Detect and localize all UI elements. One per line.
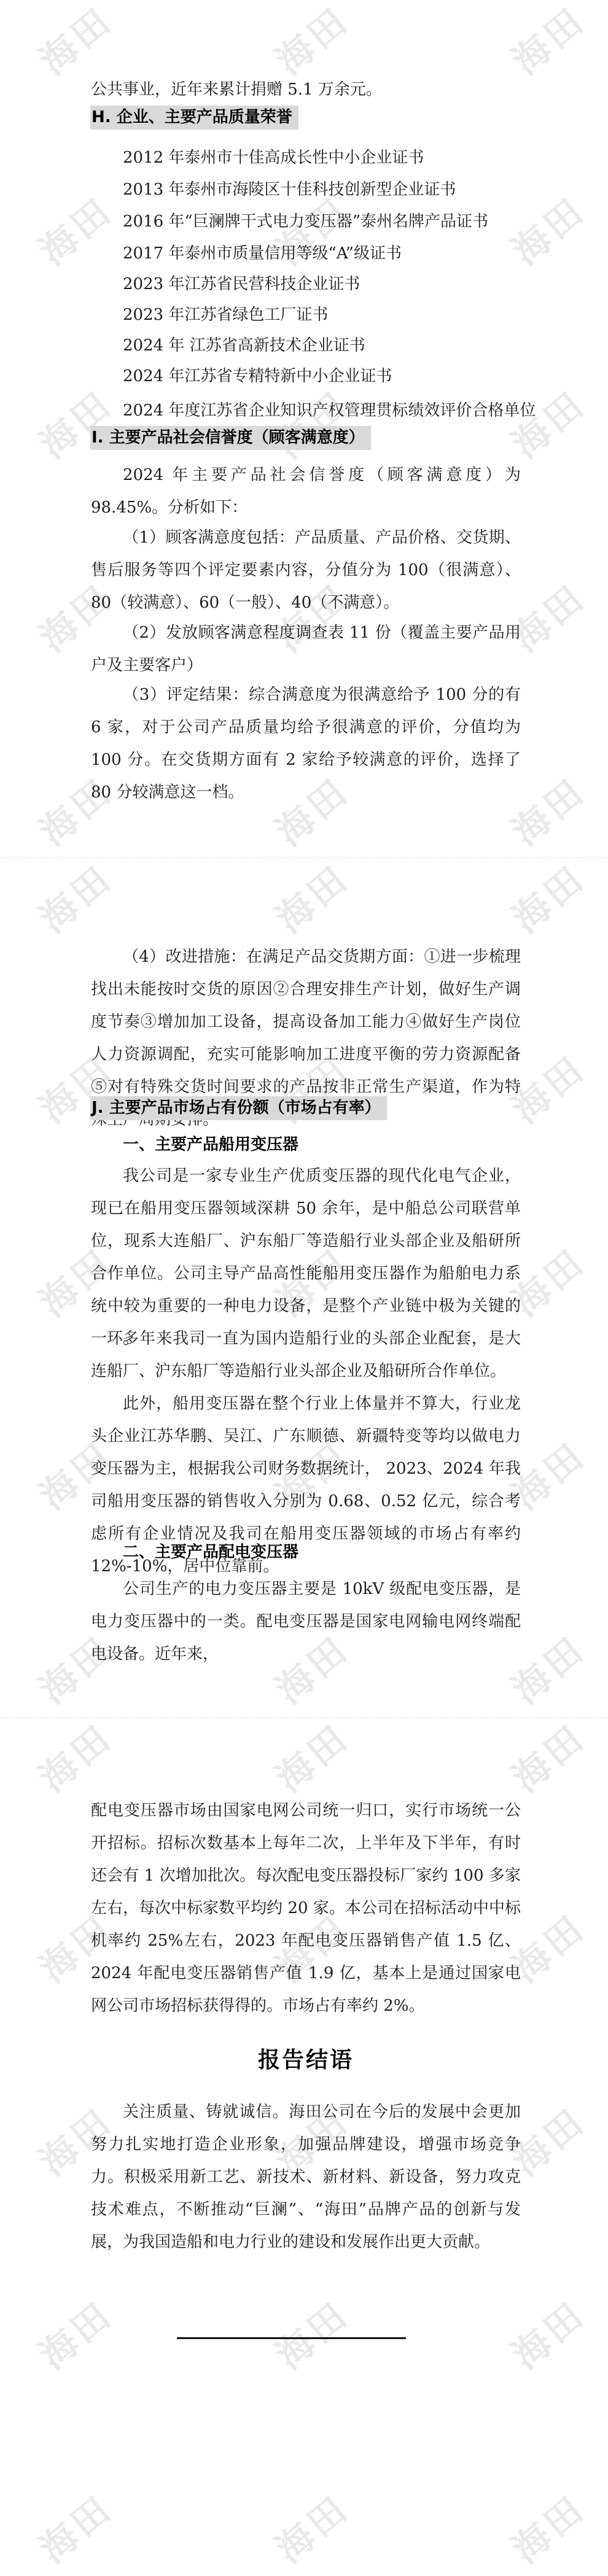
honor-item-2023-minying: 2023 年江苏省民营科技企业证书 bbox=[123, 274, 360, 295]
honor-item-2024-hightech: 2024 年 江苏省高新技术企业证书 bbox=[123, 335, 365, 356]
honor-item-2023-green: 2023 年江苏省绿色工厂证书 bbox=[123, 304, 328, 325]
reputation-overview-paragraph: 2024 年主要产品社会信誉度（顾客满意度）为 98.45%。分析如下： bbox=[91, 459, 521, 524]
reputation-item1-paragraph: （1）顾客满意度包括：产品质量、产品价格、交货期、售后服务等四个评定要素内容，分… bbox=[91, 522, 521, 619]
watermark: 海田 bbox=[26, 2481, 122, 2574]
watermark: 海田 bbox=[263, 0, 359, 85]
watermark: 海田 bbox=[26, 2287, 122, 2380]
subheading-distribution-transformer: 二、主要产品配电变压器 bbox=[123, 1542, 298, 1563]
reputation-item2-paragraph: （2）发放顾客满意程度调查表 11 份（覆盖主要产品用户及主要客户） bbox=[91, 617, 521, 682]
report-conclusion-heading: 报告结语 bbox=[91, 2043, 521, 2074]
closing-rule bbox=[177, 2337, 406, 2339]
watermark: 海田 bbox=[26, 183, 122, 276]
watermark: 海田 bbox=[263, 1710, 359, 1803]
section-heading-i-reputation: I. 主要产品社会信誉度（顾客满意度） bbox=[90, 426, 371, 450]
honor-item-2024-sme: 2024 年江苏省专精特新中小企业证书 bbox=[123, 366, 392, 387]
subheading-marine-transformer: 一、主要产品船用变压器 bbox=[123, 1134, 298, 1155]
watermark: 海田 bbox=[26, 851, 122, 943]
donation-paragraph-tail: 公共事业，近年来累计捐赠 5.1 万余元。 bbox=[91, 74, 521, 106]
conclusion-paragraph: 关注质量、铸就诚信。海田公司在今后的发展中会更加努力扎实地打造企业形象，加强品牌… bbox=[91, 2096, 521, 2259]
watermark: 海田 bbox=[499, 2481, 595, 2574]
honor-item-2024-ip: 2024 年度江苏省企业知识产权管理贯标绩效评价合格单位 bbox=[123, 400, 536, 421]
section-heading-j-market-share: J. 主要产品市场占有份额（市场占有率） bbox=[90, 1096, 387, 1120]
watermark: 海田 bbox=[26, 376, 122, 469]
section-heading-h-quality-honors: H. 企业、主要产品质量荣誉 bbox=[90, 106, 298, 130]
watermark: 海田 bbox=[263, 2481, 359, 2574]
distribution-paragraph-1: 公司生产的电力变压器主要是 10kV 级配电变压器，是电力变压器中的一类。配电变… bbox=[91, 1573, 521, 1671]
reputation-item3-paragraph: （3）评定结果：综合满意度为很满意给予 100 分的有 6 家，对于公司产品质量… bbox=[91, 679, 521, 809]
watermark: 海田 bbox=[26, 1710, 122, 1803]
honor-item-2016: 2016 年“巨澜牌干式电力变压器”泰州名牌产品证书 bbox=[123, 211, 488, 232]
watermark: 海田 bbox=[499, 851, 595, 943]
watermark: 海田 bbox=[499, 2287, 595, 2380]
watermark: 海田 bbox=[499, 183, 595, 276]
watermark: 海田 bbox=[499, 1710, 595, 1803]
marine-paragraph-2: 多年来我司一直为国内造船行业的头部企业配套，是大连船厂、沪东船厂等造船行业头部企… bbox=[91, 1323, 521, 1388]
page-break-line bbox=[0, 857, 608, 858]
watermark: 海田 bbox=[263, 851, 359, 943]
watermark: 海田 bbox=[263, 376, 359, 469]
distribution-paragraph-2: 配电变压器市场由国家电网公司统一归口，实行市场统一公开招标。招标次数基本上每年二… bbox=[91, 1795, 521, 2022]
honor-item-2013: 2013 年泰州市海陵区十佳科技创新型企业证书 bbox=[123, 179, 456, 200]
watermark: 海田 bbox=[499, 376, 595, 469]
honor-item-2012: 2012 年泰州市十佳高成长性中小企业证书 bbox=[123, 147, 424, 168]
watermark: 海田 bbox=[26, 0, 122, 85]
watermark: 海田 bbox=[499, 0, 595, 85]
honor-item-2017: 2017 年泰州市质量信用等级“A”级证书 bbox=[123, 243, 402, 264]
report-document-page: 海田海田海田海田海田海田海田海田海田海田海田海田海田海田海田海田海田海田海田海田… bbox=[0, 0, 608, 2576]
watermark: 海田 bbox=[263, 2287, 359, 2380]
page-break-line bbox=[0, 1717, 608, 1718]
